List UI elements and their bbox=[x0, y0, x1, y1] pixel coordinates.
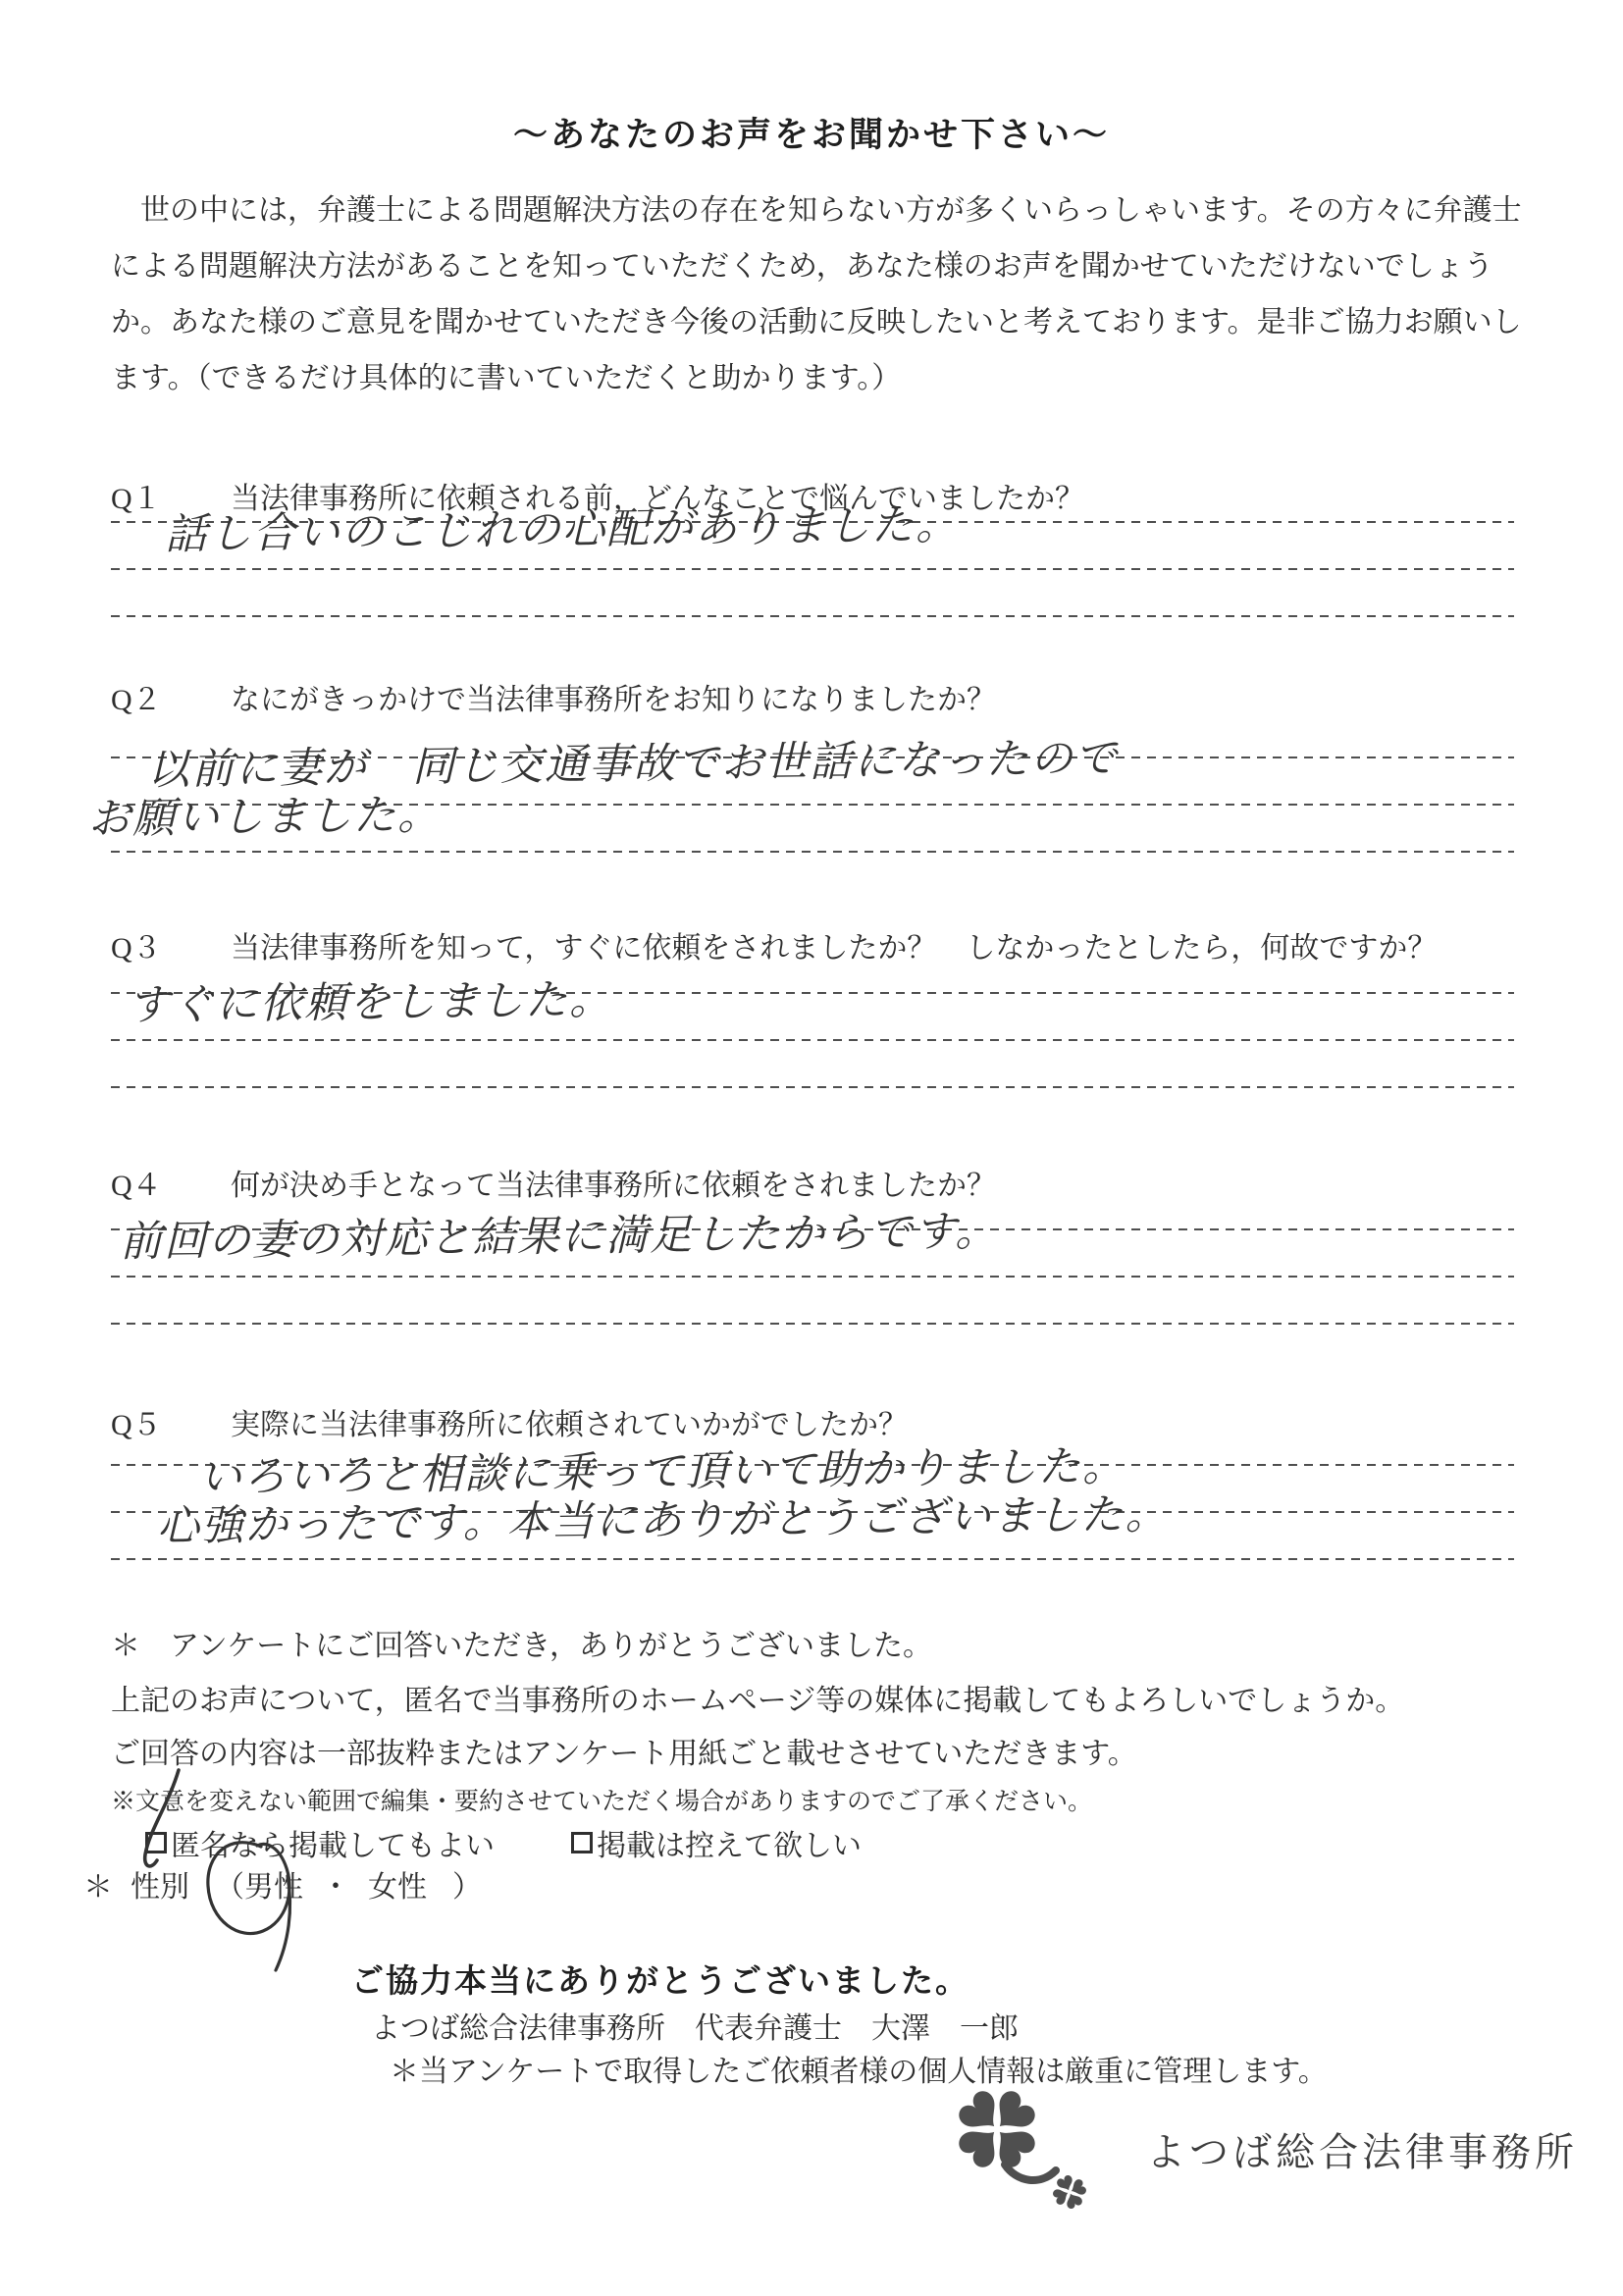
intro-paragraph: 世の中には，弁護士による問題解決方法の存在を知らない方が多くいらっしゃいます。そ… bbox=[111, 183, 1520, 406]
answer-rule-line bbox=[111, 1276, 1514, 1278]
consent-note-publish: 上記のお声について，匿名で当事務所のホームページ等の媒体に掲載してもよろしいでし… bbox=[111, 1676, 1404, 1719]
intro-line: ます。（できるだけ具体的に書いていただくと助かります。） bbox=[111, 350, 1520, 406]
consent-note-edit: ※文意を変えない範囲で編集・要約させていただく場合がありますのでご了承ください。 bbox=[111, 1782, 1092, 1817]
answer-area-3[interactable]: すぐに依頼をしました。 bbox=[111, 992, 1514, 1088]
answer-rule-line bbox=[111, 1086, 1514, 1088]
consent-note-excerpt: ご回答の内容は一部抜粋またはアンケート用紙ごと載せさせていただきます。 bbox=[111, 1729, 1137, 1772]
firm-signature: よつば総合法律事務所 代表弁護士 大澤 一郎 bbox=[371, 2004, 1019, 2047]
handwritten-answer-2-line-1: 以前に妻が 同じ交通事故でお世話になったので bbox=[147, 735, 1120, 796]
question-4: Q４ 何が決め手となって当法律事務所に依頼をされましたか？ bbox=[111, 1161, 996, 1204]
answer-rule-line bbox=[111, 1558, 1514, 1560]
firm-logo-text: よつば総合法律事務所 bbox=[1146, 2121, 1578, 2177]
answer-rule-line bbox=[111, 1323, 1514, 1325]
consent-note-thanks: ＊ アンケートにご回答いただき，ありがとうございました。 bbox=[111, 1621, 932, 1664]
answer-rule-line bbox=[111, 568, 1514, 570]
question-4-text: 何が決め手となって当法律事務所に依頼をされましたか？ bbox=[231, 1161, 996, 1204]
clover-logo-icon bbox=[940, 2082, 1151, 2215]
question-3-number: Q３ bbox=[111, 923, 231, 966]
anonymous-publish-label: 匿名なら掲載してもよい bbox=[171, 1821, 495, 1864]
anonymous-publish-checkbox[interactable] bbox=[145, 1832, 167, 1853]
question-3: Q３ 当法律事務所を知って，すぐに依頼をされましたか？ しなかったとしたら，何故… bbox=[111, 923, 1437, 966]
gender-asterisk: ＊ bbox=[83, 1862, 113, 1905]
publish-options: 匿名なら掲載してもよい 掲載は控えて欲しい bbox=[145, 1821, 862, 1864]
question-2: Q２ なにがきっかけで当法律事務所をお知りになりましたか？ bbox=[111, 675, 996, 718]
gender-field: ＊ 性別 （ 男性 ・ 女性 ） bbox=[83, 1862, 482, 1905]
gender-option-male[interactable]: 男性 bbox=[244, 1862, 303, 1905]
answer-rule-line bbox=[111, 615, 1514, 617]
intro-line: による問題解決方法があることを知っていただくため，あなた様のお声を聞かせていただ… bbox=[111, 238, 1520, 294]
question-4-number: Q４ bbox=[111, 1161, 231, 1204]
handwritten-answer-5-line-2: 心強かったです。本当にありがとうございました。 bbox=[157, 1490, 1170, 1551]
answer-area-4[interactable]: 前回の妻の対応と結果に満足したからです。 bbox=[111, 1228, 1514, 1325]
answer-area-5[interactable]: いろいろと相談に乗って頂いて助かりました。 心強かったです。本当にありがとうござ… bbox=[111, 1464, 1514, 1560]
survey-document-page: ～あなたのお声をお聞かせ下さい～ 世の中には，弁護士による問題解決方法の存在を知… bbox=[0, 0, 1623, 2296]
question-5: Q５ 実際に当法律事務所に依頼されていかがでしたか？ bbox=[111, 1400, 908, 1443]
answer-rule-line bbox=[111, 851, 1514, 853]
intro-line: か。あなた様のご意見を聞かせていただき今後の活動に反映したいと考えております。是… bbox=[111, 294, 1520, 350]
no-publish-checkbox[interactable] bbox=[571, 1832, 593, 1853]
intro-line: 世の中には，弁護士による問題解決方法の存在を知らない方が多くいらっしゃいます。そ… bbox=[111, 183, 1520, 238]
answer-area-1[interactable]: 話し合いのこじれの心配がありました。 bbox=[111, 521, 1514, 617]
question-2-text: なにがきっかけで当法律事務所をお知りになりましたか？ bbox=[231, 675, 996, 718]
option-no-publish[interactable]: 掲載は控えて欲しい bbox=[571, 1821, 862, 1864]
option-anonymous-publish[interactable]: 匿名なら掲載してもよい bbox=[145, 1821, 495, 1864]
handwritten-answer-2-line-2: お願いしました。 bbox=[88, 792, 443, 845]
privacy-note: ＊当アンケートで取得したご依頼者様の個人情報は厳重に管理します。 bbox=[390, 2047, 1328, 2090]
answer-area-2[interactable]: 以前に妻が 同じ交通事故でお世話になったので お願いしました。 bbox=[111, 757, 1514, 853]
gender-label: 性別 bbox=[131, 1862, 189, 1905]
question-5-text: 実際に当法律事務所に依頼されていかがでしたか？ bbox=[231, 1400, 908, 1443]
handwritten-answer-1: 話し合いのこじれの心配がありました。 bbox=[165, 501, 961, 559]
closing-thanks: ご協力本当にありがとうございました。 bbox=[351, 1956, 969, 2002]
page-title: ～あなたのお声をお聞かせ下さい～ bbox=[0, 108, 1623, 157]
gender-dot: ・ bbox=[321, 1862, 350, 1905]
handwritten-answer-4: 前回の妻の対応と結果に満足したからです。 bbox=[120, 1208, 1000, 1267]
answer-rule-line bbox=[111, 1039, 1514, 1041]
question-2-number: Q２ bbox=[111, 675, 231, 718]
gender-option-female[interactable]: 女性 bbox=[368, 1862, 427, 1905]
handwritten-answer-3: すぐに依頼をしました。 bbox=[128, 976, 614, 1030]
gender-open-paren: （ bbox=[215, 1862, 244, 1905]
gender-close-paren: ） bbox=[452, 1862, 482, 1905]
no-publish-label: 掲載は控えて欲しい bbox=[597, 1821, 862, 1864]
question-3-text: 当法律事務所を知って，すぐに依頼をされましたか？ しなかったとしたら，何故ですか… bbox=[231, 923, 1437, 966]
question-5-number: Q５ bbox=[111, 1400, 231, 1443]
